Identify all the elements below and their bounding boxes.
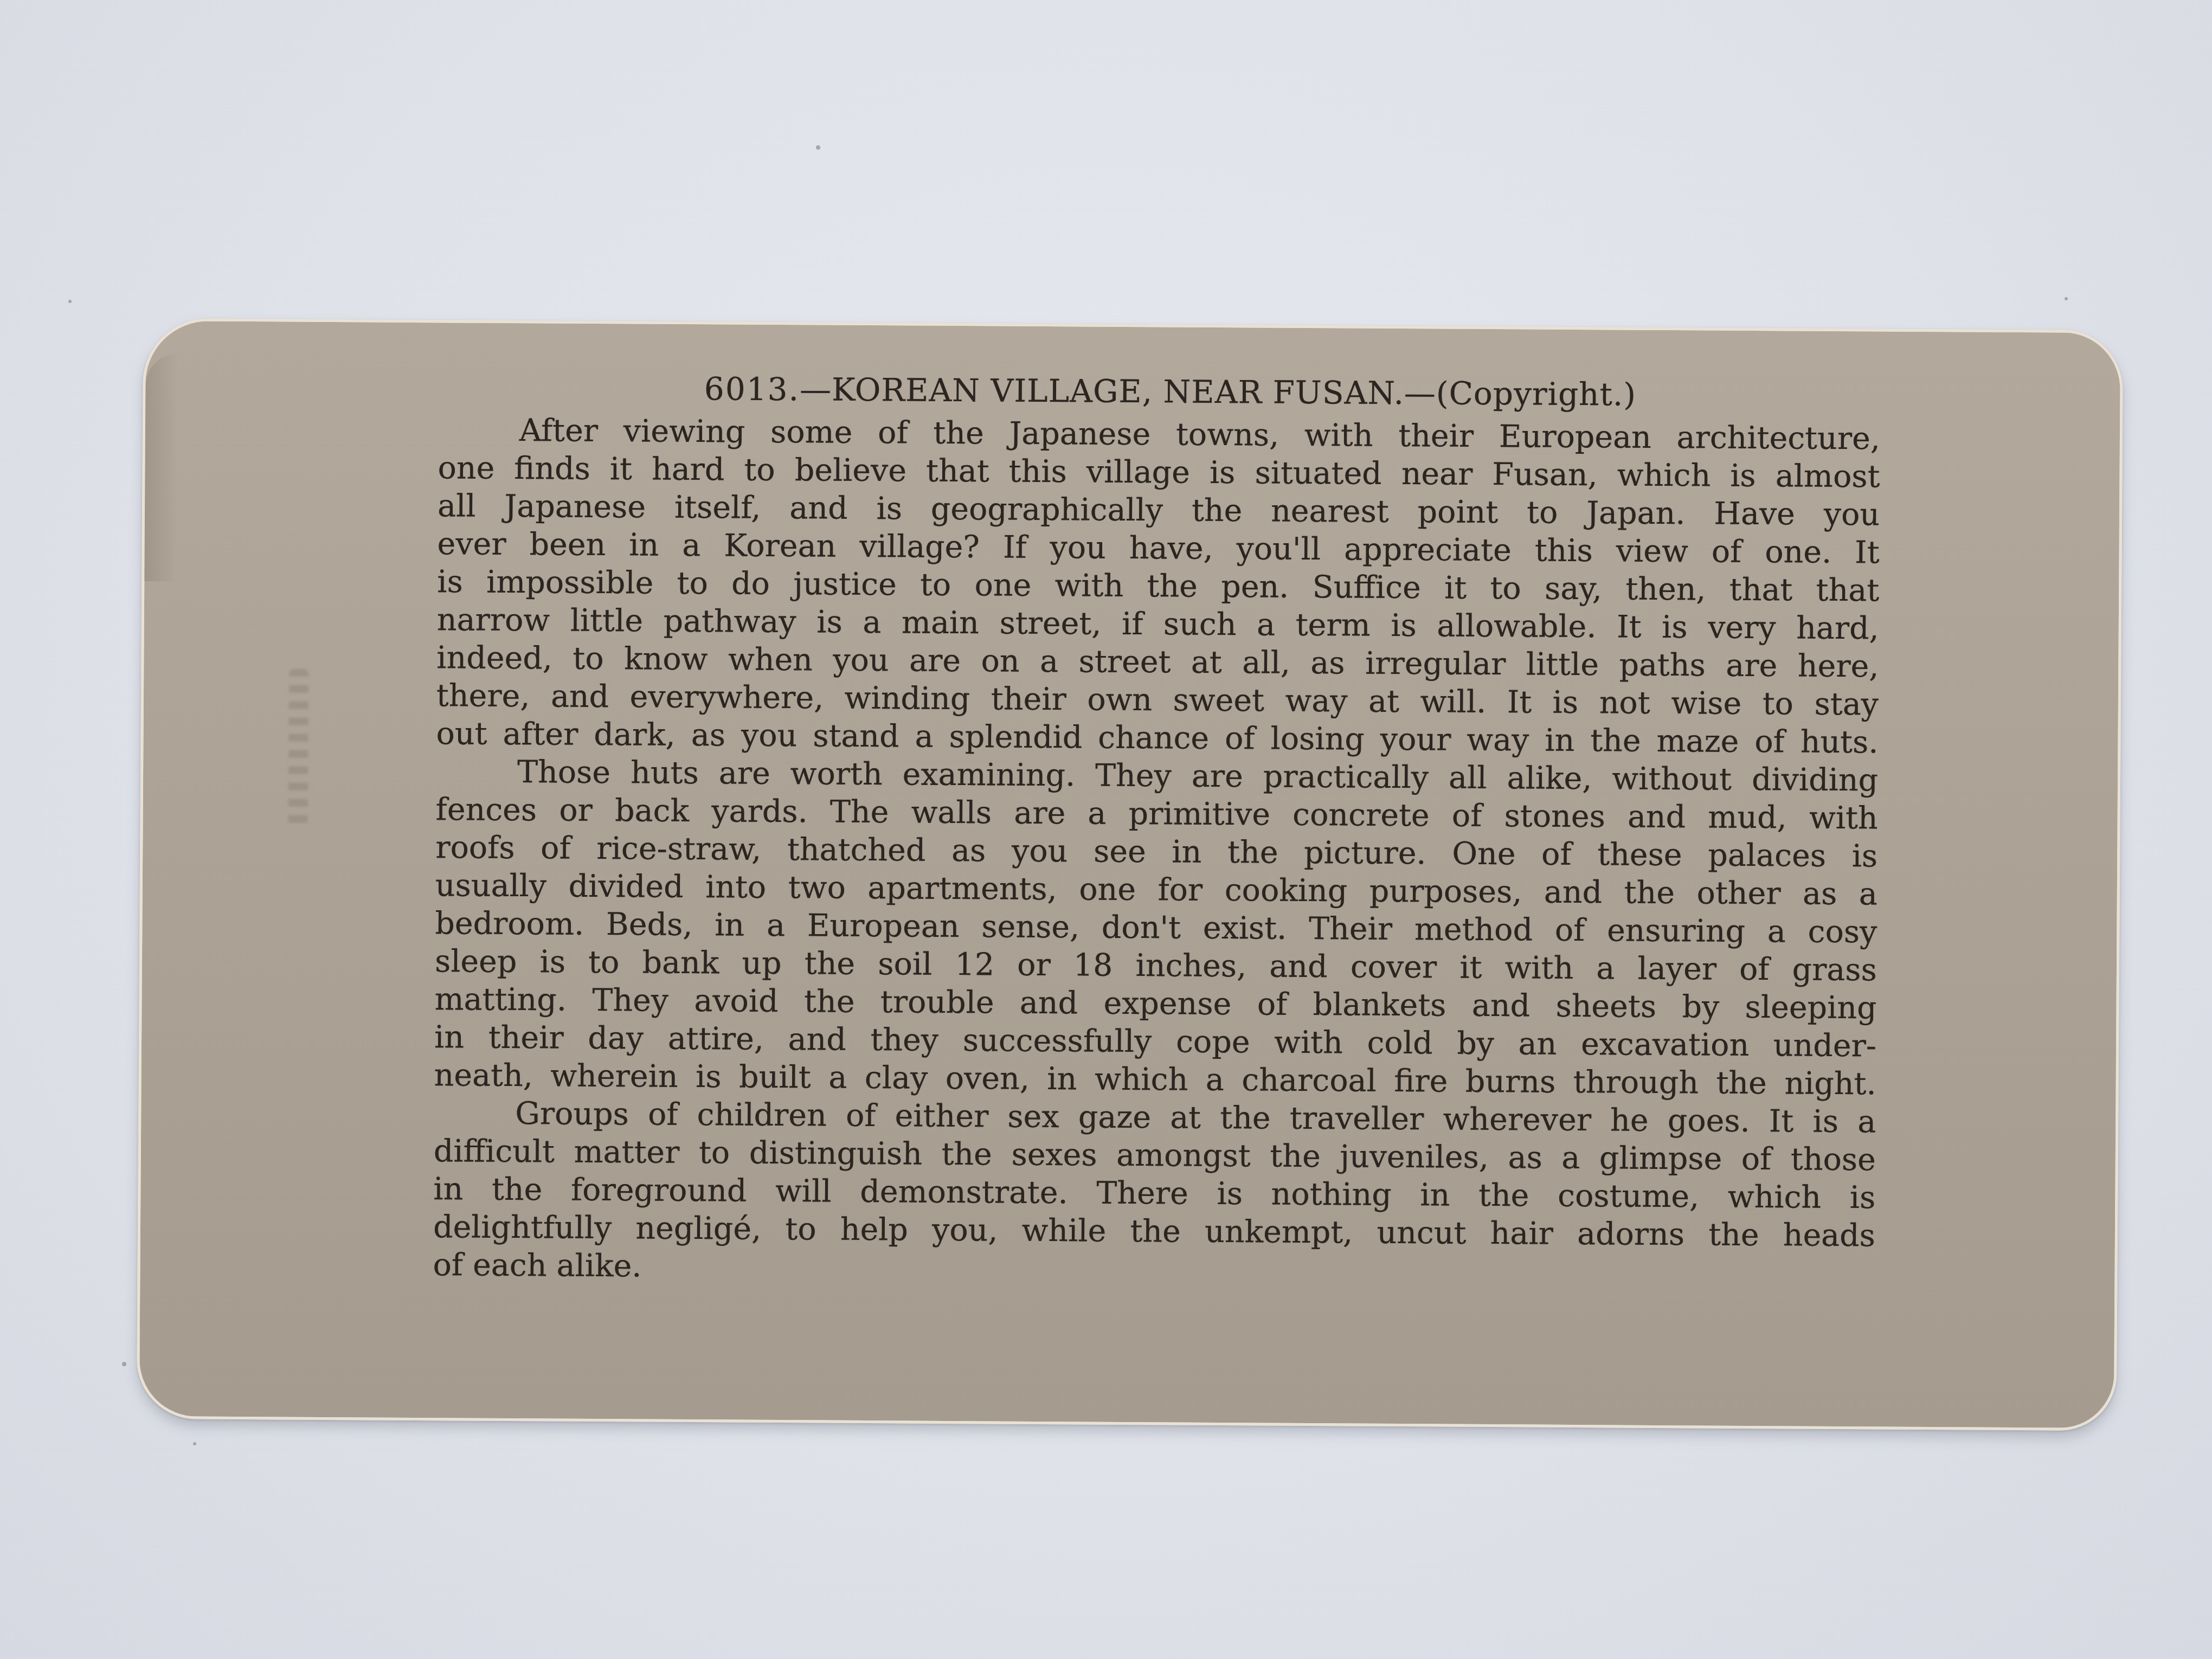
card-corner-wear xyxy=(144,353,178,581)
paragraph-huts: Those huts are worth examining. They are… xyxy=(434,753,1879,1103)
dust-speck xyxy=(816,145,820,150)
card-title: 6013.—KOREAN VILLAGE, NEAR FUSAN.—(Copyr… xyxy=(438,369,1880,414)
card-text-block: 6013.—KOREAN VILLAGE, NEAR FUSAN.—(Copyr… xyxy=(433,369,1880,1293)
paragraph-village: After viewing some of the Japanese towns… xyxy=(436,411,1880,761)
dust-speck xyxy=(193,1442,196,1445)
title-subject: KOREAN VILLAGE, NEAR FUSAN. xyxy=(832,371,1404,411)
title-dash: — xyxy=(1404,375,1436,411)
card-number: 6013. xyxy=(704,370,800,408)
dust-speck xyxy=(2065,297,2068,300)
dust-speck xyxy=(122,1362,126,1366)
faint-embossed-stamp xyxy=(288,669,308,832)
dust-speck xyxy=(68,300,72,303)
copyright-notice: (Copyright.) xyxy=(1436,375,1636,413)
paragraph-children: Groups of children of either sex gaze at… xyxy=(433,1094,1876,1293)
stereoview-card-back: 6013.—KOREAN VILLAGE, NEAR FUSAN.—(Copyr… xyxy=(137,318,2123,1431)
title-dash: — xyxy=(800,371,832,408)
